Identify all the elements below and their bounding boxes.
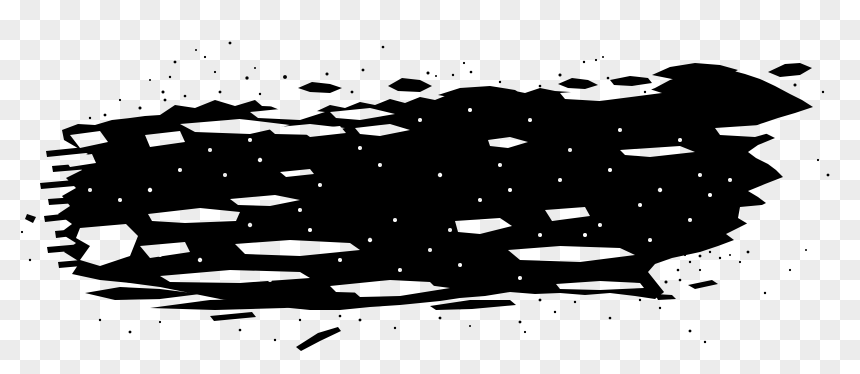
transparent-canvas	[0, 0, 860, 374]
brush-stroke-shape	[25, 63, 813, 351]
brush-stroke-svg	[0, 0, 860, 374]
